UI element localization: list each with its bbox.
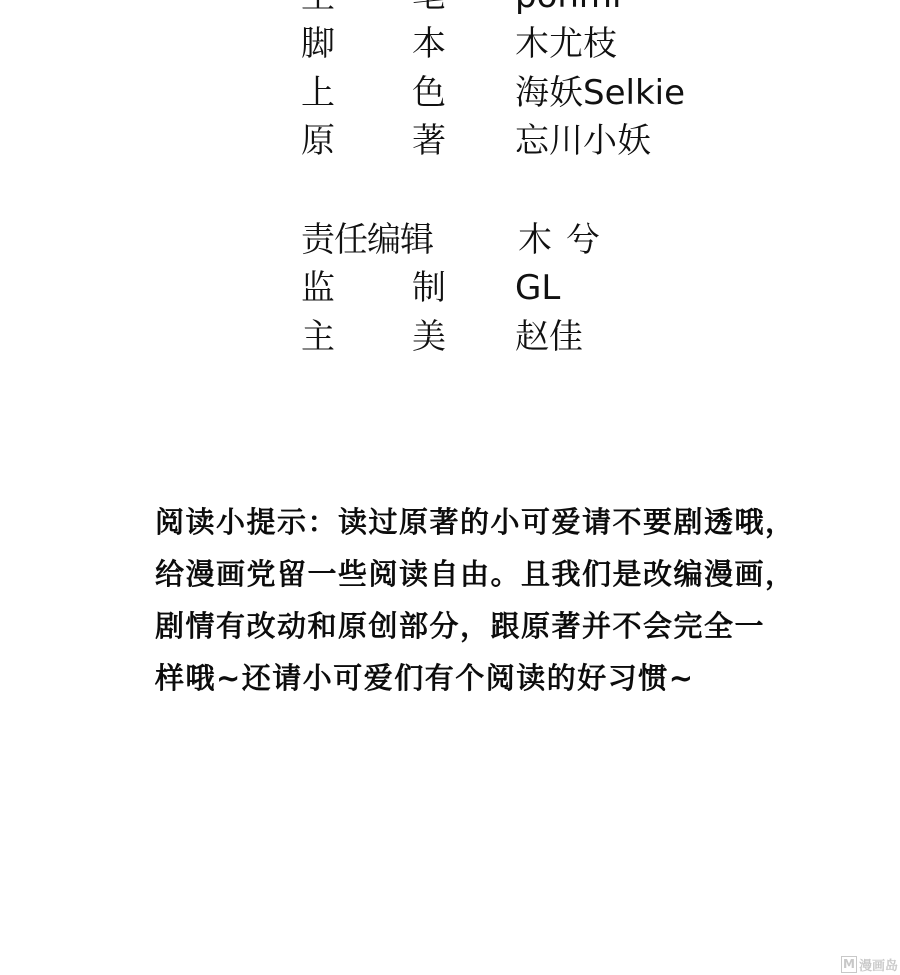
credit-role-char: 制 bbox=[412, 266, 446, 310]
credit-role-char: 监 bbox=[301, 266, 335, 310]
reading-tip-line: 样哦~还请小可爱们有个阅读的好习惯~ bbox=[155, 652, 815, 704]
credit-role-char: 本 bbox=[412, 22, 446, 66]
credit-name: 木尤枝 bbox=[515, 22, 617, 66]
credit-role: 责任编辑 bbox=[301, 218, 433, 262]
credit-role-char: 美 bbox=[412, 315, 446, 359]
site-watermark: M 漫画岛 bbox=[841, 955, 898, 973]
credit-role-char: 主 bbox=[301, 315, 335, 359]
watermark-site-name: 漫画岛 bbox=[859, 955, 898, 974]
credit-role-char: 原 bbox=[301, 119, 335, 163]
watermark-logo-icon: M bbox=[841, 956, 857, 973]
reading-tip-line: 剧情有改动和原创部分，跟原著并不会完全一 bbox=[155, 600, 815, 652]
credit-name: 赵佳 bbox=[515, 315, 583, 359]
credit-row-editor: 责任编辑 木兮 bbox=[0, 218, 600, 262]
reading-tip-line: 阅读小提示：读过原著的小可爱请不要剧透哦， bbox=[155, 496, 815, 548]
credit-row-original-author: 原 著 忘川小妖 bbox=[0, 119, 600, 163]
credit-row-coloring: 上 色 海妖Selkie bbox=[0, 71, 600, 115]
credit-name: 木兮 bbox=[518, 218, 614, 262]
credit-name: GL bbox=[515, 266, 560, 310]
reading-tip: 阅读小提示：读过原著的小可爱请不要剧透哦， 给漫画党留一些阅读自由。且我们是改编… bbox=[155, 496, 815, 704]
credit-name: pohmi bbox=[515, 0, 622, 18]
credit-row-art-director: 主 美 赵佳 bbox=[0, 315, 600, 359]
credit-name: 忘川小妖 bbox=[515, 119, 651, 163]
credit-role-char: 色 bbox=[412, 71, 446, 115]
credit-role-char: 脚 bbox=[301, 22, 335, 66]
credit-role-char: 著 bbox=[412, 119, 446, 163]
credit-row-script: 脚 本 木尤枝 bbox=[0, 22, 600, 66]
credit-name: 海妖Selkie bbox=[515, 71, 685, 115]
credit-role-char: 笔 bbox=[412, 0, 446, 18]
credit-row-supervisor: 监 制 GL bbox=[0, 266, 600, 310]
credit-row-artist: 主 笔 pohmi bbox=[0, 0, 600, 18]
reading-tip-line: 给漫画党留一些阅读自由。且我们是改编漫画， bbox=[155, 548, 815, 600]
credit-role-char: 上 bbox=[301, 71, 335, 115]
credit-role-char: 主 bbox=[301, 0, 335, 18]
